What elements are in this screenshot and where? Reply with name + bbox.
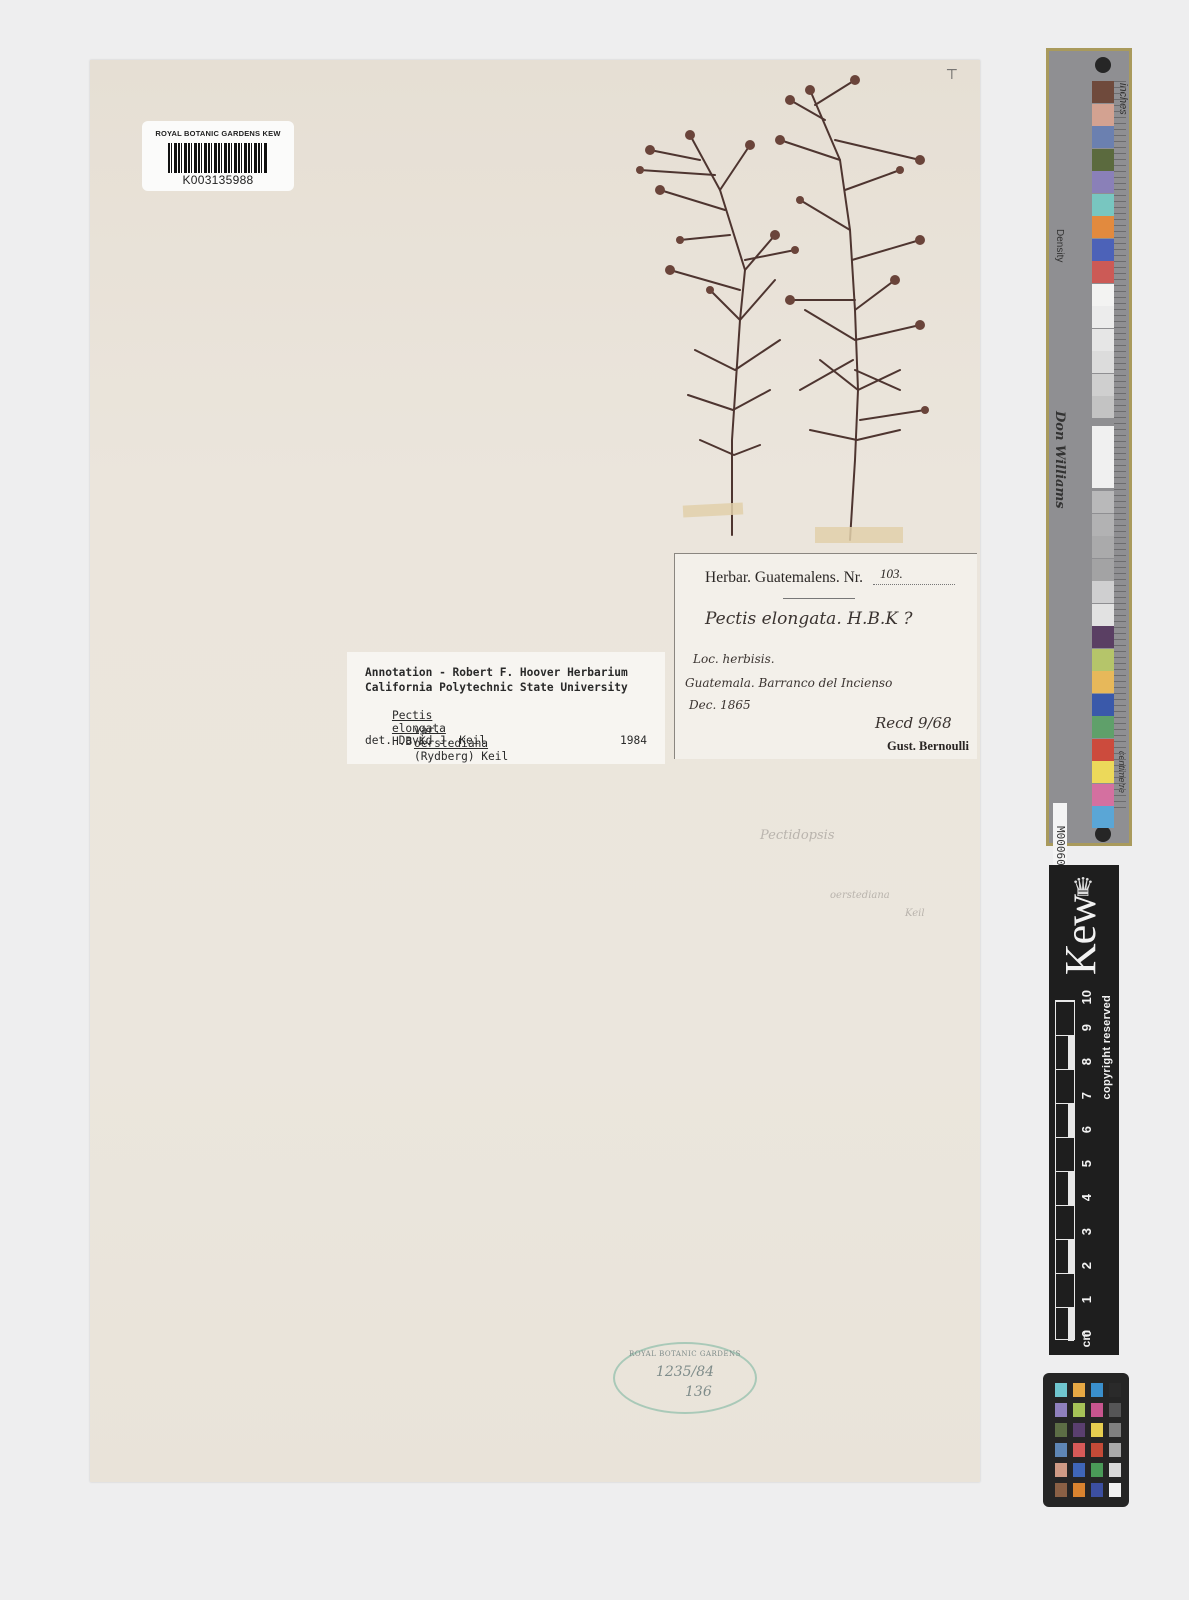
color-patch [1091,1463,1103,1477]
color-patch [1109,1383,1121,1397]
ruler-fill [1068,1307,1074,1341]
received-date: Recd 9/68 [875,714,952,732]
color-swatch [1092,329,1114,351]
color-swatch [1092,171,1114,193]
color-swatch [1092,536,1114,558]
color-swatch [1092,784,1114,806]
color-swatch [1092,716,1114,738]
ruler-fill [1068,1239,1074,1273]
annotation-line-1: Annotation - Robert F. Hoover Herbarium [365,666,628,679]
kew-logo: Kew [1055,895,1106,975]
stamp-number-1: 1235/84 [615,1364,755,1380]
color-patch [1109,1423,1121,1437]
pencil-note-2: oerstediana [830,890,890,901]
cm-ruler [1055,1000,1075,1340]
ruler-segment [1056,1137,1074,1138]
density-label: Density [1054,229,1065,262]
color-patch [1109,1463,1121,1477]
plant-specimen-icon [600,60,980,560]
color-patch [1055,1403,1067,1417]
color-patch [1055,1483,1067,1497]
locality-line-2: Guatemala. Barranco del Incienso [685,676,892,690]
hole-icon [1095,57,1111,73]
color-swatch [1092,104,1114,126]
color-patch [1073,1423,1085,1437]
locality-line-1: Loc. herbisis. [693,652,775,666]
color-patch [1109,1483,1121,1497]
specimen-number: 103. [880,566,903,582]
color-swatch [1092,649,1114,671]
color-swatch [1092,81,1114,103]
herbarium-header: Herbar. Guatemalens. Nr. [705,569,863,587]
color-swatch [1092,351,1114,373]
color-patch [1073,1443,1085,1457]
collector-label: Herbar. Guatemalens. Nr. 103. Pectis elo… [674,553,977,759]
color-patch [1073,1463,1085,1477]
color-patch [1091,1403,1103,1417]
institution-name: ROYAL BOTANIC GARDENS KEW [142,129,294,138]
cm-number: 2 [1079,1262,1099,1269]
bottom-swatches [1092,491,1114,829]
color-swatch [1092,604,1114,626]
number-dotted-line [873,584,955,585]
ruler-segment [1056,1273,1074,1274]
cm-number: 6 [1079,1126,1099,1133]
color-swatch [1092,581,1114,603]
separator-line [783,598,855,599]
ruler-ticks [1114,81,1126,813]
color-patch [1091,1443,1103,1457]
color-patch [1109,1403,1121,1417]
var-authority: (Rydberg) Keil [414,750,508,763]
color-swatch [1092,806,1114,828]
ruler-segment [1056,1001,1074,1002]
cm-number: 9 [1079,1024,1099,1031]
accession-stamp: ROYAL BOTANIC GARDENS 1235/84 136 [613,1342,757,1414]
stamp-text: ROYAL BOTANIC GARDENS [615,1350,755,1358]
cm-number: 10 [1079,990,1099,1004]
collector-name: Gust. Bernoulli [887,739,969,754]
brand-name: Don Williams [1052,411,1067,509]
pencil-note-1: Pectidopsis [760,828,835,843]
annotation-label: Annotation - Robert F. Hoover Herbarium … [347,652,665,764]
mounting-tape [815,527,903,543]
color-patch [1055,1443,1067,1457]
color-patch [1073,1483,1085,1497]
ruler-fill [1068,1103,1074,1137]
color-swatch [1092,671,1114,693]
color-swatch [1092,261,1114,283]
color-swatch [1092,761,1114,783]
cm-number: 8 [1079,1058,1099,1065]
annotation-line-2: California Polytechnic State University [365,681,628,694]
handwritten-taxon: Pectis elongata. H.B.K ? [705,609,912,629]
ruler-fill [1068,1035,1074,1069]
color-patch [1091,1423,1103,1437]
color-swatch [1092,396,1114,418]
color-swatch [1092,216,1114,238]
unit-cm: cm [1079,1330,1099,1347]
ruler-segment [1056,1069,1074,1070]
color-swatch [1092,374,1114,396]
color-swatch [1092,194,1114,216]
barcode-label: ROYAL BOTANIC GARDENS KEW K003135988 [142,121,294,191]
cm-number: 4 [1079,1194,1099,1201]
color-calibration-bar: inches centimetre Don Williams Density M… [1046,48,1132,846]
barcode-icon [168,143,268,173]
color-swatch [1092,239,1114,261]
cm-number: 3 [1079,1228,1099,1235]
color-swatch [1092,284,1114,306]
determiner: det. David J. Keil [365,734,486,747]
cm-number: 1 [1079,1296,1099,1303]
color-patch [1073,1403,1085,1417]
ruler-fill [1068,1171,1074,1205]
color-swatch [1092,306,1114,328]
cm-number: 5 [1079,1160,1099,1167]
ruler-segment [1056,1205,1074,1206]
color-patch [1055,1423,1067,1437]
stamp-number-2: 136 [685,1384,712,1400]
color-swatch [1092,739,1114,761]
color-checker-card [1043,1373,1129,1507]
color-swatch [1092,559,1114,581]
color-swatch [1092,149,1114,171]
reference-patch [1092,426,1114,488]
color-swatch [1092,514,1114,536]
color-patch [1055,1383,1067,1397]
cm-number: 7 [1079,1092,1099,1099]
color-patch [1091,1383,1103,1397]
collection-date: Dec. 1865 [689,698,751,712]
color-patch [1091,1483,1103,1497]
color-swatch [1092,491,1114,513]
top-swatches [1092,81,1114,419]
copyright-text: copyright reserved [1101,995,1113,1099]
barcode-number: K003135988 [142,173,294,187]
color-swatch [1092,694,1114,716]
color-patch [1055,1463,1067,1477]
color-swatch [1092,126,1114,148]
kew-scale-bar: ♛ Kew copyright reserved 012345678910 cm [1049,865,1119,1355]
color-patch [1073,1383,1085,1397]
color-patch [1109,1443,1121,1457]
color-swatch [1092,626,1114,648]
determination-year: 1984 [620,734,647,747]
pencil-note-3: Keil [905,908,925,919]
